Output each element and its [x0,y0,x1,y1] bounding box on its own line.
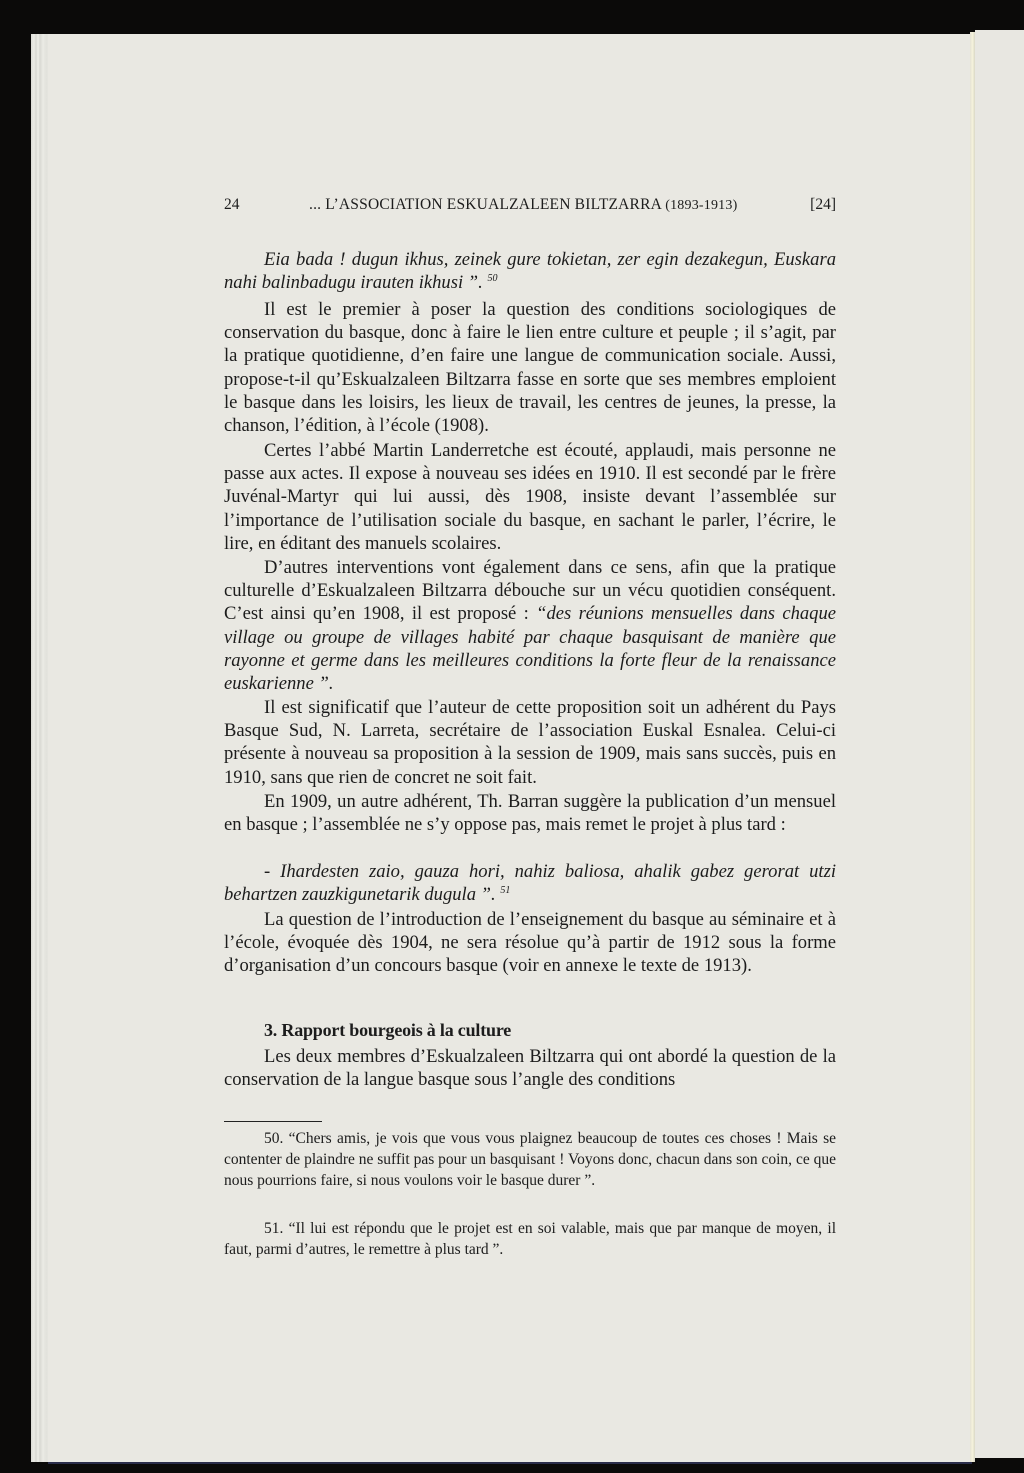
paragraph-premier: Il est le premier à poser la question de… [224,298,836,437]
paragraph-text: En 1909, un autre adhérent, Th. Barran s… [224,790,836,836]
paragraph-larreta: Il est significatif que l’auteur de cett… [224,696,836,789]
footnote-text: “Chers amis, je vois que vous vous plaig… [224,1130,836,1189]
footnote-ref-50[interactable]: 50 [487,273,497,284]
paragraph-section3: Les deux membres d’Eskualzaleen Biltzarr… [224,1045,836,1091]
paragraph-landerretche: Certes l’abbé Martin Landerretche est éc… [224,439,836,555]
page-number: 24 [224,196,264,214]
basque-quote-2: - Ihardesten zaio, gauza hori, nahiz bal… [224,860,836,906]
section-heading: 3. Rapport bourgeois à la culture [224,1020,836,1041]
footnote-ref-51[interactable]: 51 [500,885,510,896]
paragraph-text: Les deux membres d’Eskualzaleen Biltzarr… [224,1045,836,1091]
running-title: ... L’ASSOCIATION ESKUALZALEEN BILTZARRA… [264,196,796,214]
paragraph-text: Il est le premier à poser la question de… [224,298,836,437]
running-title-text: ... L’ASSOCIATION ESKUALZALEEN BILTZARRA [309,196,661,213]
footnote-text: “Il lui est répondu que le projet est en… [224,1220,836,1258]
paragraph-text: La question de l’introduction de l’ensei… [224,908,836,978]
paragraph-text: Il est significatif que l’auteur de cett… [224,696,836,789]
bracket-page-number: [24] [796,196,836,214]
footnote-number: 51. [264,1220,283,1237]
paragraph-barran: En 1909, un autre adhérent, Th. Barran s… [224,790,836,836]
footnote-50: 50. “Chers amis, je vois que vous vous p… [224,1128,836,1192]
footnote-separator [224,1121,322,1122]
running-header: 24 ... L’ASSOCIATION ESKUALZALEEN BILTZA… [224,196,836,214]
basque-quote-1: Eia bada ! dugun ikhus, zeinek gure toki… [224,248,836,294]
paragraph-text: Certes l’abbé Martin Landerretche est éc… [224,439,836,555]
paragraph-interventions: D’autres interventions vont également da… [224,556,836,695]
basque-quote-2-text: - Ihardesten zaio, gauza hori, nahiz bal… [224,861,836,905]
facing-page-edge [975,30,1024,1458]
footnote-51: 51. “Il lui est répondu que le projet es… [224,1218,836,1260]
running-title-years: (1893-1913) [665,198,737,213]
section-3: 3. Rapport bourgeois à la culture [224,1020,836,1041]
footnote-number: 50. [264,1130,283,1147]
paragraph-enseignement: La question de l’introduction de l’ensei… [224,908,836,978]
basque-quote-1-text: Eia bada ! dugun ikhus, zeinek gure toki… [224,249,836,293]
